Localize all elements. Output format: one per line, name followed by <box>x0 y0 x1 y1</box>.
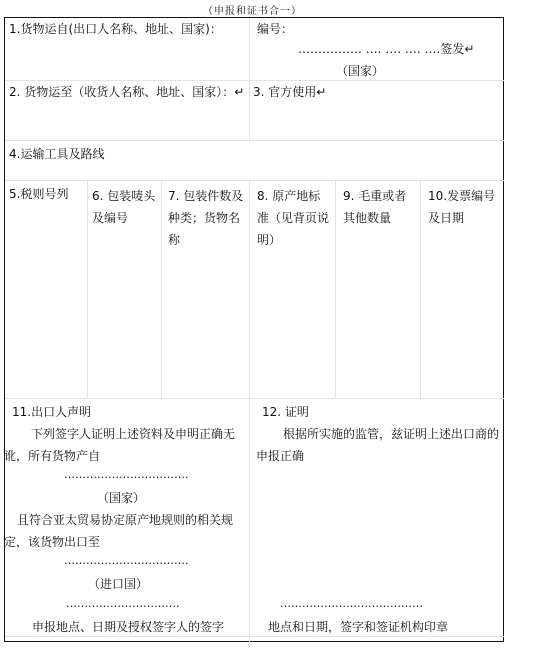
col-weight-quantity: 9. 毛重或者其他数量 <box>343 185 417 229</box>
divider-col-9 <box>420 180 421 398</box>
box4-transport-label: 4.运输工具及路线 <box>9 146 104 162</box>
serial-number-label: 编号： <box>257 21 293 37</box>
box11-line2: 讹，所有货物产自 <box>4 448 100 464</box>
col-hs-code: 5.税则号列 <box>9 183 83 205</box>
divider-row2 <box>5 140 504 141</box>
divider-row1 <box>5 80 504 81</box>
divider-col-8 <box>335 180 336 398</box>
divider-col-5 <box>87 180 88 398</box>
box11-line1: 下列签字人证明上述资料及申明正确无 <box>31 426 235 442</box>
divider-col-6 <box>161 180 162 398</box>
box11-import-country-dots: ……………………………. <box>64 554 189 567</box>
box11-import-note: （进口国） <box>88 576 148 592</box>
box11-country-note: （国家） <box>97 490 145 506</box>
box11-origin-country-dots: ……………………………. <box>64 468 189 481</box>
col-invoice: 10.发票编号及日期 <box>428 185 500 229</box>
box12-line1: 根据所实施的监管，兹证明上述出口商的 <box>283 426 499 442</box>
box12-line2: 申报正确 <box>256 448 304 464</box>
box11-line4: 定，该货物出口至 <box>4 534 100 550</box>
issue-country-line: ……………. …. …. …. ….签发↵ <box>298 41 474 57</box>
col-packages-description: 7. 包装件数及种类；货物名称 <box>168 185 246 251</box>
box12-signature-dots: ………………………………… <box>280 597 423 610</box>
box3-official-use-label: 3. 官方使用↵ <box>253 84 326 100</box>
box12-signature-label: 地点和日期，签字和签证机构印章 <box>268 619 448 635</box>
divider-col-top <box>249 18 250 140</box>
box11-heading: 11.出口人声明 <box>12 404 91 420</box>
box11-signature-dots: …………………………. <box>66 597 180 610</box>
divider-col-7 <box>249 180 250 398</box>
divider-col-bottom <box>249 398 250 642</box>
divider-bottom-faint <box>5 636 504 637</box>
box1-exporter-label: 1.货物运自(出口人名称、地址、国家)： <box>9 21 222 37</box>
col-origin-criterion: 8. 原产地标准（见背页说明） <box>257 185 332 251</box>
issue-country-note: （国家） <box>336 63 384 79</box>
form-title: （申报和证书合一） <box>0 2 505 17</box>
divider-goods <box>5 398 504 399</box>
box2-consignee-label: 2. 货物运至（收货人名称、地址、国家）：↵ <box>9 84 244 100</box>
box11-line3: 且符合亚太贸易协定原产地规则的相关规 <box>17 512 233 528</box>
divider-row4 <box>5 180 504 181</box>
box12-heading: 12. 证明 <box>262 404 309 420</box>
box11-signature-label: 申报地点、日期及授权签字人的签字 <box>32 619 224 635</box>
col-marks-numbers: 6. 包装唛头及编号 <box>92 185 158 229</box>
